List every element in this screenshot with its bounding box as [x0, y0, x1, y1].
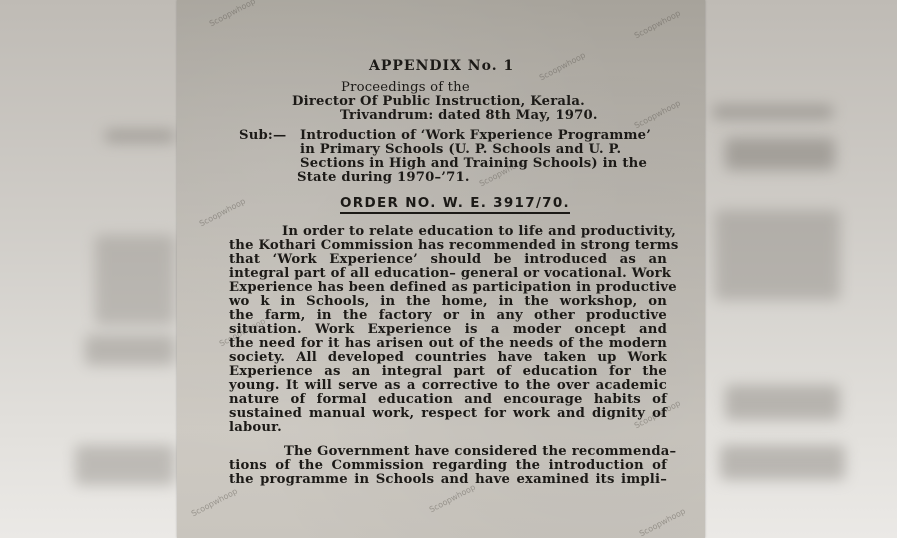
watermark: Scoopwhoop [633, 9, 682, 41]
paragraph-1-line: Experience as an integral part of educat… [229, 364, 667, 379]
subject-line: State during 1970–’71. [297, 170, 470, 185]
proceedings-line-2: Director Of Public Instruction, Kerala. [292, 94, 585, 109]
blurred-background-left [0, 0, 177, 538]
paragraph-1-line: the need for it has arisen out of the ne… [229, 336, 667, 351]
paragraph-1-line: situation. Work Experience is a moder on… [229, 322, 667, 337]
paragraph-1-line: that ‘Work Experience’ should be introdu… [229, 252, 667, 267]
paragraph-2-line: the programme in Schools and have examin… [229, 472, 667, 487]
paragraph-1-line: the Kothari Commission has recommended i… [229, 238, 667, 253]
subject-line: Sections in High and Training Schools) i… [300, 156, 647, 171]
blurred-background-right [705, 0, 897, 538]
proceedings-line-1: Proceedings of the [341, 80, 470, 95]
blurred-text-block [725, 138, 835, 170]
appendix-heading: APPENDIX No. 1 [369, 58, 514, 74]
document-page: Scoopwhoop Scoopwhoop Scoopwhoop Scoopwh… [177, 0, 705, 538]
blurred-text-block [713, 105, 833, 119]
watermark: Scoopwhoop [638, 507, 687, 538]
proceedings-line-3: Trivandrum: dated 8th May, 1970. [340, 108, 598, 123]
paragraph-1-line: nature of formal education and encourage… [229, 392, 667, 407]
watermark: Scoopwhoop [633, 99, 682, 131]
paragraph-1-line: In order to relate education to life and… [282, 224, 676, 239]
paragraph-1-line: the farm, in the factory or in any other… [229, 308, 667, 323]
watermark: Scoopwhoop [538, 51, 587, 83]
paragraph-1-line: integral part of all education– general … [229, 266, 667, 281]
subject-line: in Primary Schools (U. P. Schools and U.… [300, 142, 621, 157]
watermark: Scoopwhoop [190, 487, 239, 519]
order-number: ORDER NO. W. E. 3917/70. [340, 195, 570, 214]
watermark: Scoopwhoop [208, 0, 257, 28]
paragraph-1-line: society. All developed countries have ta… [229, 350, 667, 365]
subject-label: Sub:— [239, 128, 286, 143]
blurred-text-block [725, 385, 840, 420]
blurred-text-block [75, 445, 175, 485]
blurred-text-block [85, 335, 175, 365]
watermark: Scoopwhoop [198, 197, 247, 229]
paragraph-1-line: sustained manual work, respect for work … [229, 406, 667, 421]
blurred-text-block [95, 235, 175, 325]
paragraph-1-line: wo k in Schools, in the home, in the wor… [229, 294, 667, 309]
paragraph-1-line: young. It will serve as a corrective to … [229, 378, 667, 393]
paragraph-2-line: The Government have considered the recom… [284, 444, 676, 459]
subject-line: Introduction of ‘Work Fxperience Program… [300, 128, 651, 143]
blurred-text-block [720, 445, 845, 480]
watermark: Scoopwhoop [428, 483, 477, 515]
blurred-text-block [715, 210, 840, 300]
blurred-text-block [105, 130, 175, 142]
paragraph-2-line: tions of the Commission regarding the in… [229, 458, 667, 473]
paragraph-1-line: labour. [229, 420, 282, 435]
paragraph-1-line: Experience has been defined as participa… [229, 280, 667, 295]
